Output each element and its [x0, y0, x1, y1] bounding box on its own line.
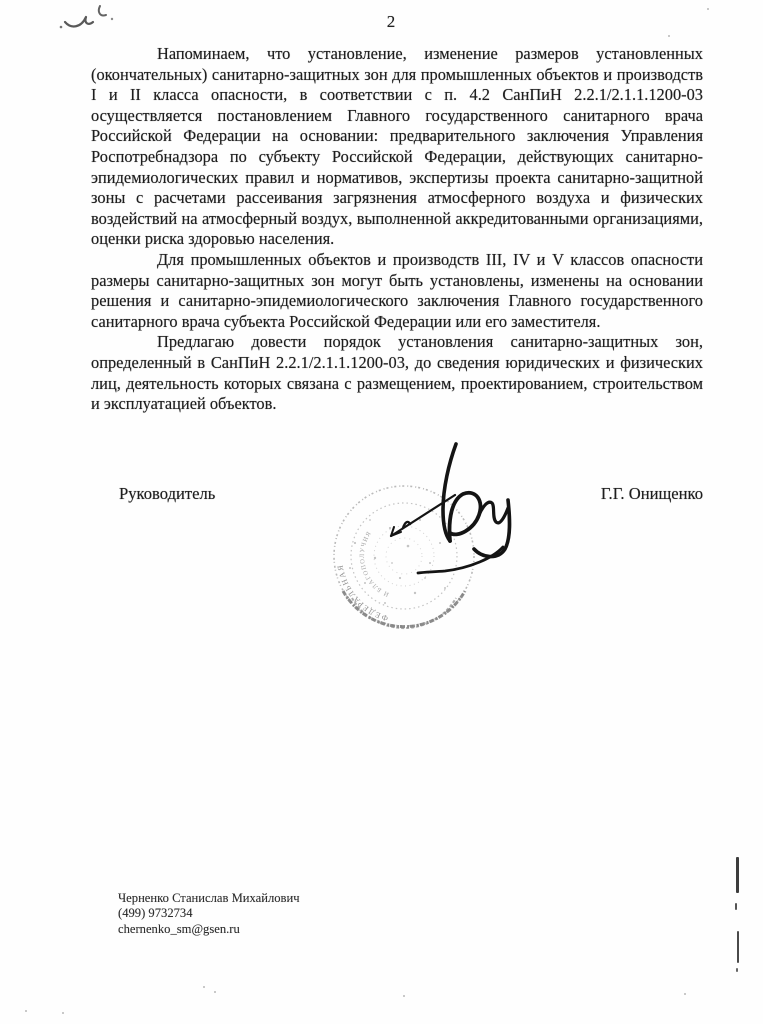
contact-name: Черненко Станислав Михайлович	[118, 891, 300, 906]
scan-edge-artifact	[735, 903, 737, 910]
scan-edge-artifact	[736, 968, 738, 972]
scan-speckle	[668, 35, 670, 37]
scan-speckle	[403, 995, 405, 997]
paragraph-sanpin-establishment: Напоминаем, что установление, изменение …	[91, 44, 703, 250]
letter-body: Напоминаем, что установление, изменение …	[91, 44, 703, 415]
scan-speckle	[203, 986, 205, 988]
signatory-title: Руководитель	[119, 484, 215, 504]
contact-email: chernenko_sm@gsen.ru	[118, 922, 300, 937]
paragraph-class-3-4-5: Для промышленных объектов и производств …	[91, 250, 703, 332]
stamp-and-signature: ФЕДЕРАЛЬНАЯ И БЛАГОПОЛУЧИЯ	[280, 428, 600, 652]
scan-speckle	[214, 991, 216, 993]
scan-speckle	[707, 8, 709, 10]
scan-edge-artifact	[736, 857, 739, 893]
signatory-name: Г.Г. Онищенко	[601, 484, 703, 504]
paragraph-proposal: Предлагаю довести порядок установления с…	[91, 332, 703, 414]
contact-phone: (499) 9732734	[118, 906, 300, 921]
scan-edge-artifact	[737, 931, 739, 963]
scan-speckle	[25, 1010, 27, 1012]
scan-speckle	[62, 1012, 64, 1014]
scanned-letter-page: 2 Напоминаем, что установление, изменени…	[0, 0, 763, 1024]
page-number: 2	[91, 12, 691, 32]
contact-footer: Черненко Станислав Михайлович (499) 9732…	[118, 891, 300, 937]
handwritten-signature	[391, 444, 510, 573]
scan-speckle	[684, 993, 686, 995]
